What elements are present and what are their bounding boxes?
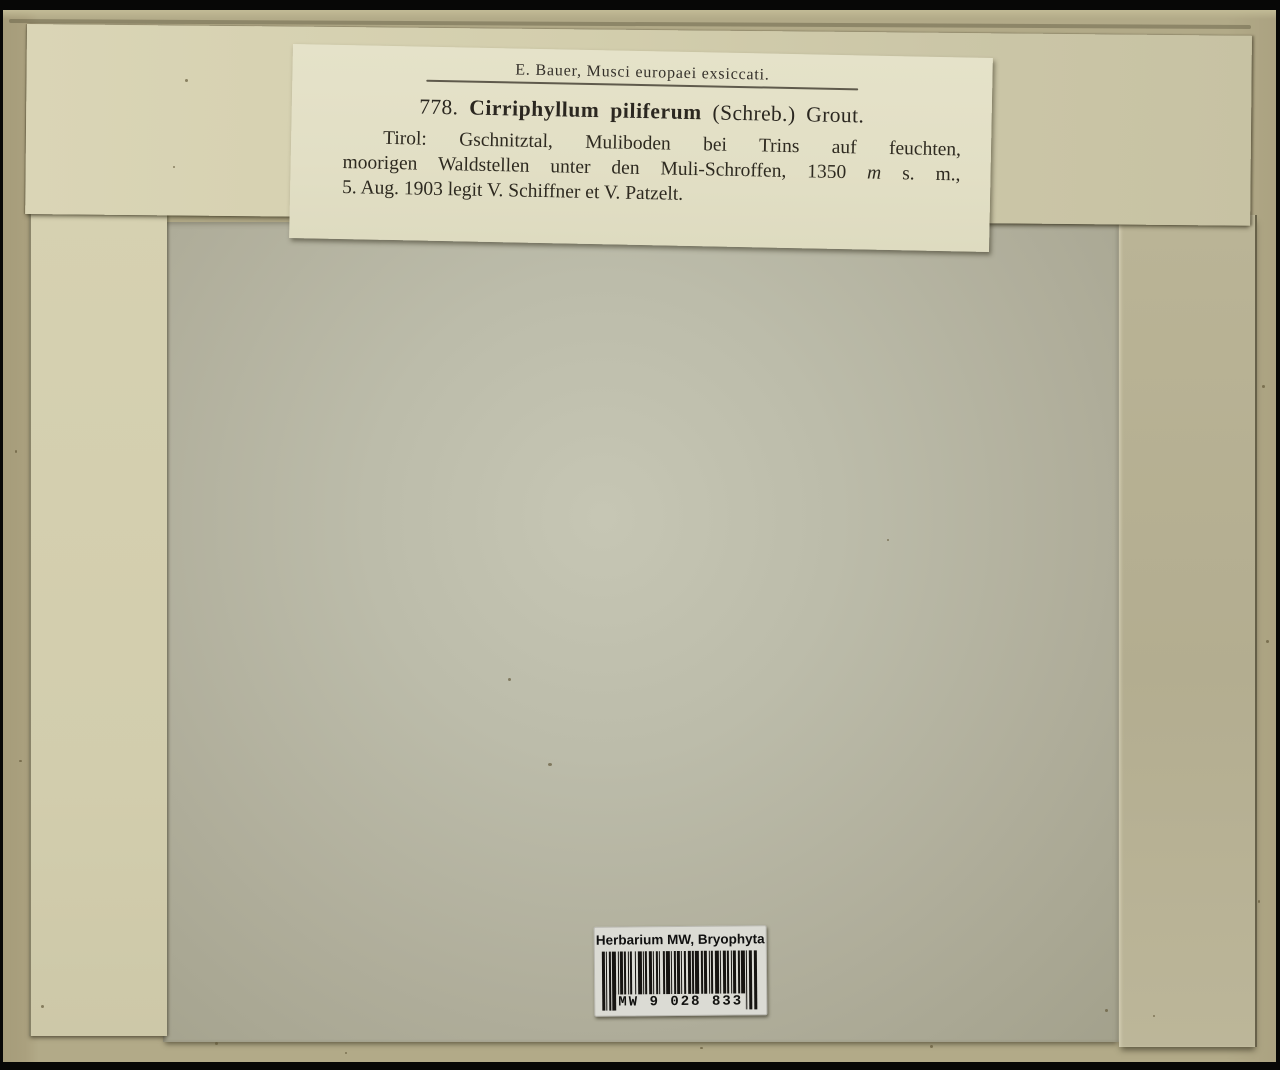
paper-speck bbox=[1258, 900, 1260, 903]
paper-speck bbox=[185, 79, 188, 82]
paper-speck bbox=[19, 760, 22, 762]
paper-speck bbox=[700, 1047, 703, 1049]
paper-speck bbox=[173, 166, 175, 168]
photo-background: E. Bauer, Musci europaei exsiccati. 778.… bbox=[0, 0, 1280, 1070]
species-name: Cirriphyllum piliferum bbox=[469, 96, 702, 125]
paper-speck bbox=[15, 450, 17, 453]
paper-speck bbox=[215, 1042, 218, 1045]
author-citation: (Schreb.) Grout. bbox=[712, 100, 864, 127]
locality-text: Tirol: Gschnitztal, Muliboden bei Trins … bbox=[342, 125, 961, 212]
barcode-title: Herbarium MW, Bryophyta bbox=[594, 931, 767, 948]
paper-speck bbox=[1153, 1015, 1155, 1017]
paper-speck bbox=[508, 678, 511, 681]
specimen-packet-body bbox=[163, 222, 1119, 1042]
sheet-top-edge bbox=[3, 10, 1276, 19]
altitude-unit: m bbox=[867, 163, 882, 184]
barcode-label: Herbarium MW, Bryophyta MW 9 028 833 bbox=[594, 925, 768, 1017]
paper-speck bbox=[41, 1005, 44, 1008]
herbarium-sheet: E. Bauer, Musci europaei exsiccati. 778.… bbox=[3, 10, 1276, 1062]
collection-number: 778. bbox=[419, 95, 459, 120]
paper-speck bbox=[345, 1052, 347, 1054]
paper-speck bbox=[1105, 1009, 1108, 1012]
packet-right-flap bbox=[1119, 215, 1257, 1047]
packet-left-flap bbox=[29, 198, 167, 1036]
paper-speck bbox=[887, 539, 889, 541]
paper-speck bbox=[1262, 385, 1265, 388]
locality-line-2-tail: s. m., bbox=[881, 163, 961, 186]
barcode-number: MW 9 028 833 bbox=[616, 993, 745, 1011]
specimen-label: E. Bauer, Musci europaei exsiccati. 778.… bbox=[289, 44, 993, 252]
paper-speck bbox=[1266, 640, 1269, 643]
paper-speck bbox=[548, 763, 552, 766]
paper-speck bbox=[930, 1045, 933, 1048]
